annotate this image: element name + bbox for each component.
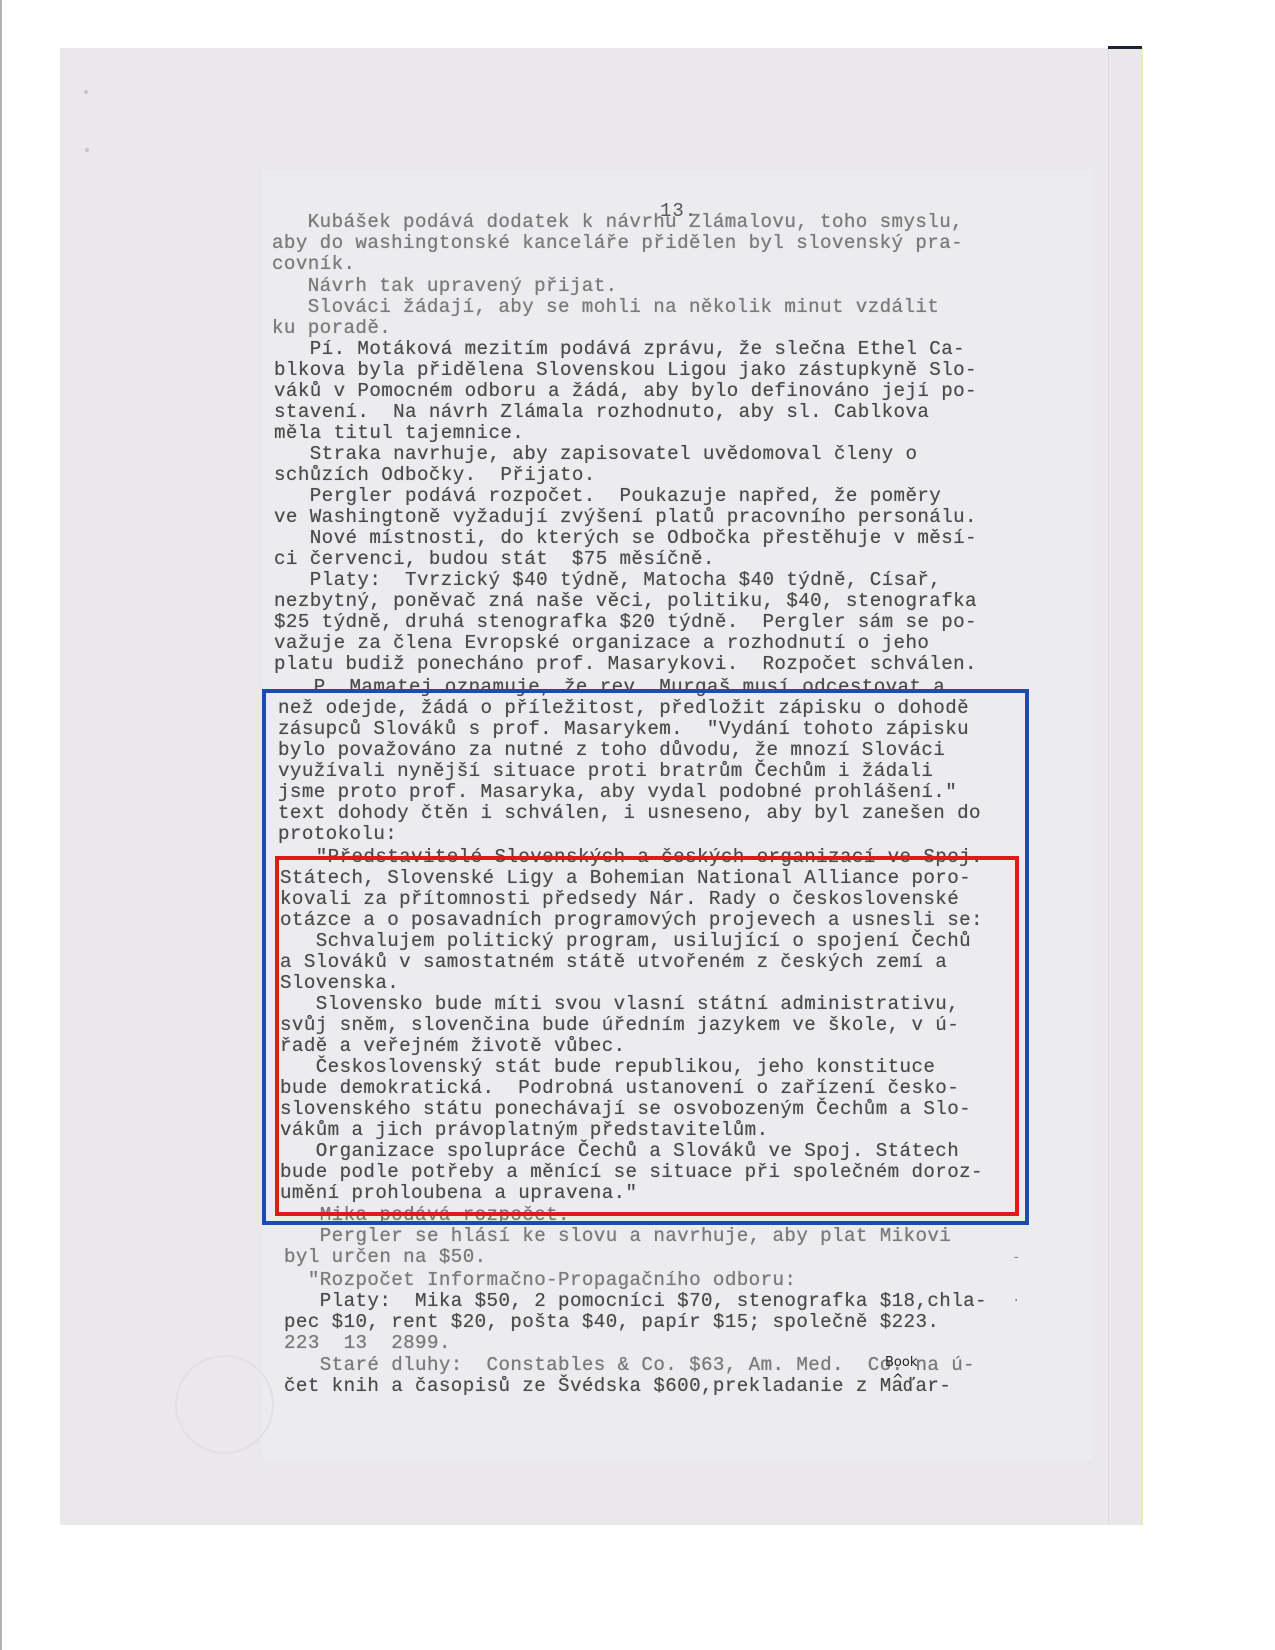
text-line: $25 týdně, druhá stenografka $20 týdně. …: [274, 612, 977, 633]
margin-mark: .: [1012, 1290, 1020, 1306]
text-line: ci červenci, budou stát $75 měsíčně.: [274, 549, 715, 570]
text-line: pec $10, rent $20, pošta $40, papír $15;…: [284, 1312, 939, 1333]
text-line: Pergler podává rozpočet. Poukazuje napře…: [274, 486, 941, 507]
text-line: Kubášek podává dodatek k návrhu Zlámalov…: [272, 212, 963, 233]
scan-edge-strip: [1108, 48, 1143, 1525]
text-line: ku poradě.: [272, 318, 391, 339]
text-line: covník.: [272, 254, 355, 275]
text-line: schůzích Odbočky. Přijato.: [274, 465, 596, 486]
text-line: 223 13 2899.: [284, 1333, 451, 1354]
text-line: stavení. Na návrh Zlámala rozhodnuto, ab…: [274, 402, 929, 423]
text-line: čet knih a časopisů ze Švédska $600,prek…: [284, 1376, 951, 1397]
text-line: měla titul tajemnice.: [274, 423, 524, 444]
text-line: Slováci žádají, aby se mohli na několik …: [272, 297, 939, 318]
highlight-box-inner: [275, 856, 1019, 1216]
handwritten-annotation: Book: [885, 1355, 917, 1370]
text-line: važuje za člena Evropské organizace a ro…: [274, 633, 929, 654]
text-line: Pergler se hlásí ke slovu a navrhuje, ab…: [284, 1226, 951, 1247]
text-line: váků v Pomocném odboru a žádá, aby bylo …: [274, 381, 977, 402]
text-line: Nové místnosti, do kterých se Odbočka př…: [274, 528, 977, 549]
text-line: aby do washingtonské kanceláře přidělen …: [272, 233, 963, 254]
text-line: Návrh tak upravený přijat.: [272, 276, 618, 297]
text-line: byl určen na $50.: [284, 1247, 487, 1268]
text-line: nezbytný, poněvač zná naše věci, politik…: [274, 591, 977, 612]
text-line: Platy: Mika $50, 2 pomocníci $70, stenog…: [284, 1291, 987, 1312]
text-line: Platy: Tvrzický $40 týdně, Matocha $40 t…: [274, 570, 941, 591]
punch-mark: [84, 90, 88, 94]
text-line: Straka navrhuje, aby zapisovatel uvědomo…: [274, 444, 917, 465]
text-line: "Rozpočet Informačno-Propagačního odboru…: [284, 1270, 796, 1291]
punch-mark: [85, 148, 89, 152]
text-line: Pí. Motáková mezitím podává zprávu, že s…: [274, 339, 965, 360]
scan-corner-mark: [1108, 46, 1142, 49]
faded-archive-stamp: [175, 1355, 274, 1454]
text-line: Staré dluhy: Constables & Co. $63, Am. M…: [284, 1355, 975, 1376]
text-line: blkova byla přidělena Slovenskou Ligou j…: [274, 360, 977, 381]
text-line: ve Washingtoně vyžadují zvýšení platů pr…: [274, 507, 977, 528]
text-line: platu budiž ponecháno prof. Masarykovi. …: [274, 654, 977, 675]
margin-mark: -: [1012, 1250, 1020, 1266]
insertion-caret-mark: ^: [892, 1372, 904, 1388]
page-left-border: [0, 0, 2, 1650]
